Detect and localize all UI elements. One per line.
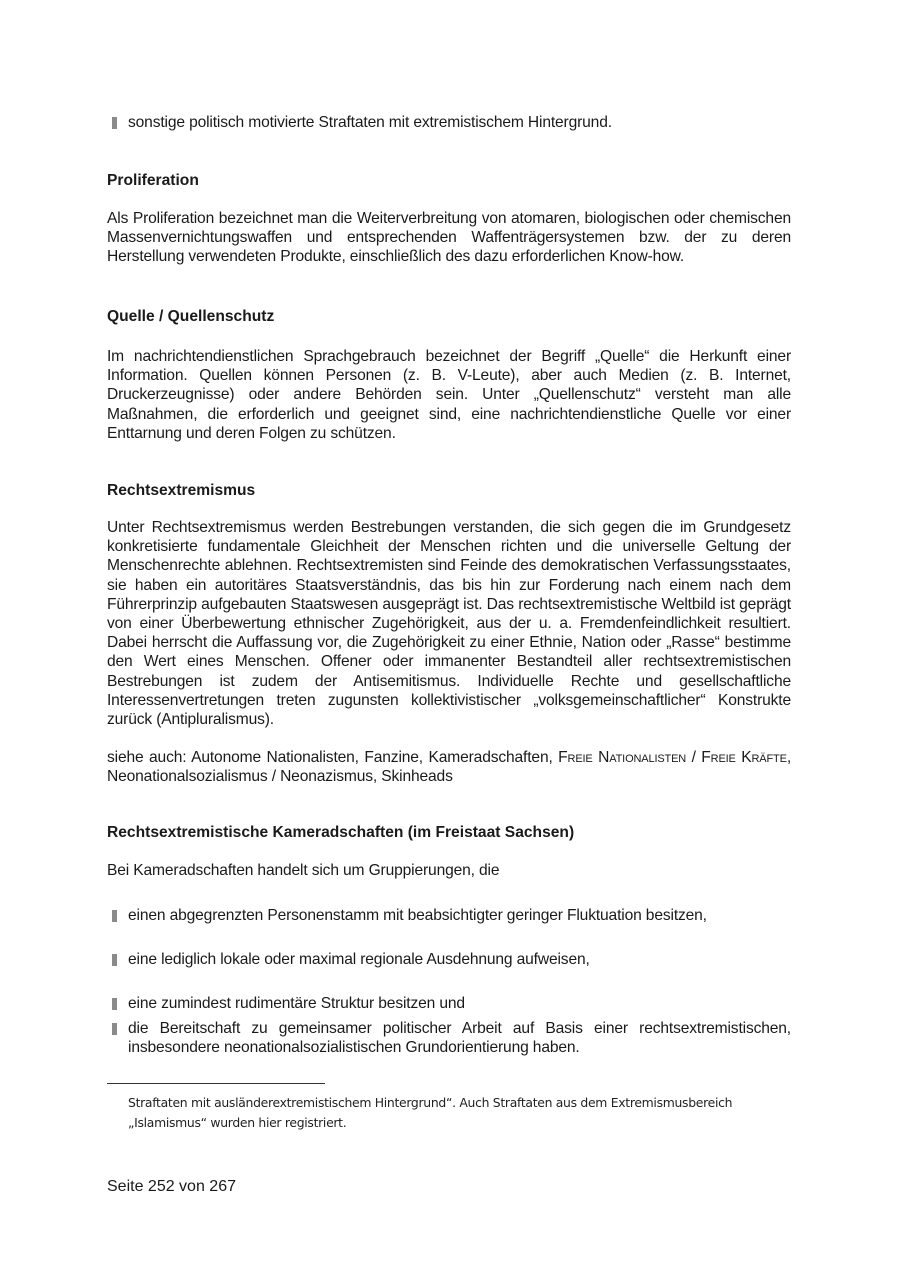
footnote: Straftaten mit ausländerextremistischem …	[128, 1093, 788, 1133]
see-also-prefix: siehe auch: Autonome Nationalisten, Fanz…	[107, 749, 558, 766]
list-item: sonstige politisch motivierte Straftaten…	[107, 113, 791, 132]
bullet-icon	[112, 117, 117, 129]
bullet-icon	[112, 910, 117, 922]
bullet-icon	[112, 998, 117, 1010]
section-heading-quelle: Quelle / Quellenschutz	[107, 307, 791, 326]
bullet-icon	[112, 1023, 117, 1035]
section-heading-kameradschaften: Rechtsextremistische Kameradschaften (im…	[107, 823, 791, 842]
list-item-text: eine zumindest rudimentäre Struktur besi…	[128, 994, 791, 1013]
list-item-text: die Bereitschaft zu gemeinsamer politisc…	[128, 1019, 791, 1057]
list-item: die Bereitschaft zu gemeinsamer politisc…	[107, 1019, 791, 1057]
section-body-quelle: Im nachrichtendienstlichen Sprachgebrauc…	[107, 347, 791, 443]
list-item-text: sonstige politisch motivierte Straftaten…	[128, 113, 791, 132]
list-item: einen abgegrenzten Personenstamm mit bea…	[107, 906, 791, 925]
section-intro-kameradschaften: Bei Kameradschaften handelt sich um Grup…	[107, 861, 791, 880]
footnote-line: „Islamismus“ wurden hier registriert.	[128, 1113, 788, 1133]
section-heading-proliferation: Proliferation	[107, 171, 791, 190]
section-body-rechtsextremismus: Unter Rechtsextremismus werden Bestrebun…	[107, 518, 791, 729]
list-item: eine lediglich lokale oder maximal regio…	[107, 950, 791, 969]
list-item-text: eine lediglich lokale oder maximal regio…	[128, 950, 791, 969]
page-number: Seite 252 von 267	[107, 1178, 236, 1196]
section-heading-rechtsextremismus: Rechtsextremismus	[107, 481, 791, 500]
footnote-separator	[107, 1083, 325, 1084]
list-item: eine zumindest rudimentäre Struktur besi…	[107, 994, 791, 1013]
footnote-line: Straftaten mit ausländerextremistischem …	[128, 1093, 788, 1113]
bullet-icon	[112, 954, 117, 966]
see-also: siehe auch: Autonome Nationalisten, Fanz…	[107, 748, 791, 786]
list-item-text: einen abgegrenzten Personenstamm mit bea…	[128, 906, 791, 925]
see-also-smallcaps: Freie Nationalisten / Freie Kräfte	[558, 749, 787, 766]
section-body-proliferation: Als Proliferation bezeichnet man die Wei…	[107, 209, 791, 267]
